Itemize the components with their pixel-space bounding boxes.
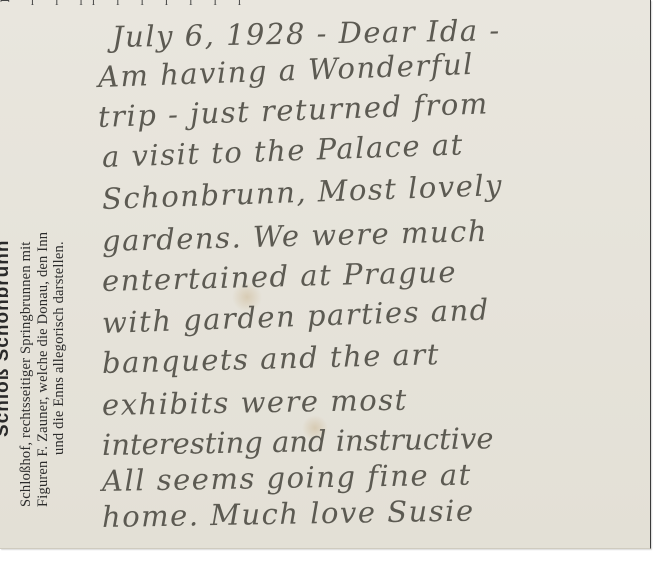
cropped-print-edge: ꟷ ı ı ıı ı ı ı ı ı ı xyxy=(0,0,330,4)
message-line: entertained at Prague xyxy=(102,255,458,298)
printed-caption: Schloß Schönbrunn Schloßhof, rechtsseiti… xyxy=(0,37,68,507)
caption-line: und die Enns allegorisch darstellen. xyxy=(51,37,68,507)
message-line: interesting and instructive xyxy=(102,421,494,462)
caption-line: Figuren F. Zauner, welche die Donau, den… xyxy=(35,37,52,507)
message-line: with garden parties and xyxy=(101,292,490,340)
caption-line: Schloßhof, rechtsseitiger Springbrunnen … xyxy=(18,37,35,507)
message-line: banquets and the art xyxy=(102,337,441,380)
message-line-closing-signature: home. Much love Susie xyxy=(102,493,475,533)
message-line: exhibits were most xyxy=(102,383,408,422)
message-line: Am having a Wonderful xyxy=(97,47,474,94)
message-line: trip - just returned from xyxy=(97,86,489,134)
message-line: a visit to the Palace at xyxy=(101,127,464,174)
message-line: Schonbrunn, Most lovely xyxy=(101,168,503,216)
message-line: All seems going fine at xyxy=(102,458,472,498)
caption-title: Schloß Schönbrunn xyxy=(0,37,12,507)
message-line: gardens. We were much xyxy=(102,214,489,258)
postcard: ꟷ ı ı ıı ı ı ı ı ı ı Schloß Schönbrunn S… xyxy=(0,0,651,549)
